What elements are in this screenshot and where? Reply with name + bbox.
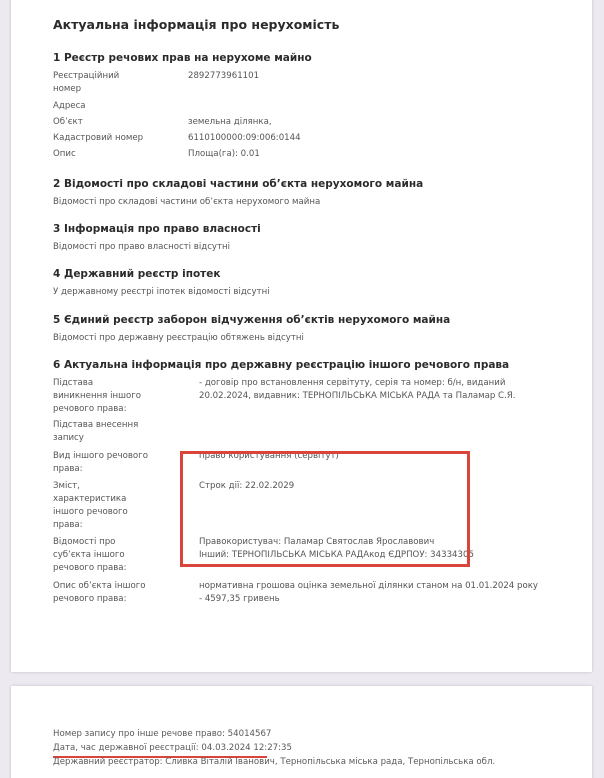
section-heading: 4 Державний реєстр іпотек: [53, 268, 553, 280]
field-label: Об’єкт: [53, 116, 173, 129]
section-text: Відомості про державну реєстрацію обтяже…: [53, 333, 553, 343]
field-label: Вид іншого речового права:: [53, 450, 148, 476]
field-label: Зміст, характеристика іншого речового пр…: [53, 480, 138, 532]
section-heading: 6 Актуальна інформація про державну реєс…: [53, 359, 553, 371]
field-label: Підстава внесення запису: [53, 419, 148, 445]
record-number-line: Номер запису про інше речове право: 5401…: [53, 729, 271, 739]
field-value: 2892773961101: [188, 70, 548, 83]
highlight-annotation-box: [180, 451, 470, 567]
section-4: 4 Державний реєстр іпотек У державному р…: [53, 268, 553, 297]
field-value: - договір про встановлення сервітуту, се…: [199, 377, 529, 403]
section-6: 6 Актуальна інформація про державну реєс…: [53, 359, 553, 371]
registration-date-line: Дата, час державної реєстрації: 04.03.20…: [53, 743, 292, 753]
field-label: Опис: [53, 148, 173, 161]
field-label: Підстава виникнення іншого речового прав…: [53, 377, 148, 416]
section-heading: 2 Відомості про складові частини об’єкта…: [53, 178, 553, 190]
field-value: 6110100000:09:006:0144: [188, 132, 548, 145]
section-2: 2 Відомості про складові частини об’єкта…: [53, 178, 553, 207]
section-heading: 1 Реєстр речових прав на нерухоме майно: [53, 52, 553, 64]
field-value: Площа(га): 0.01: [188, 148, 548, 161]
section-text: У державному реєстрі іпотек відомості ві…: [53, 287, 553, 297]
field-label: Опис об’єкта іншого речового права:: [53, 580, 153, 606]
field-label: Кадастровий номер: [53, 132, 173, 145]
section-text: Відомості про складові частини об’єкта н…: [53, 197, 553, 207]
section-heading: 3 Інформація про право власності: [53, 223, 553, 235]
field-value: нормативна грошова оцінка земельної діля…: [199, 580, 539, 606]
field-label: Реєстраційний номер: [53, 70, 133, 96]
section-5: 5 Єдиний реєстр заборон відчуження об’єк…: [53, 314, 553, 343]
section-3: 3 Інформація про право власності Відомос…: [53, 223, 553, 252]
field-label: Відомості про суб’єкта іншого речового п…: [53, 536, 138, 575]
document-title: Актуальна інформація про нерухомість: [53, 17, 339, 32]
section-text: Відомості про право власності відсутні: [53, 242, 553, 252]
field-value: земельна ділянка,: [188, 116, 548, 129]
registrar-line: Державний реєстратор: Сливка Віталій Іва…: [53, 757, 495, 767]
field-label: Адреса: [53, 100, 173, 113]
section-heading: 5 Єдиний реєстр заборон відчуження об’єк…: [53, 314, 553, 326]
section-1: 1 Реєстр речових прав на нерухоме майно: [53, 52, 553, 64]
